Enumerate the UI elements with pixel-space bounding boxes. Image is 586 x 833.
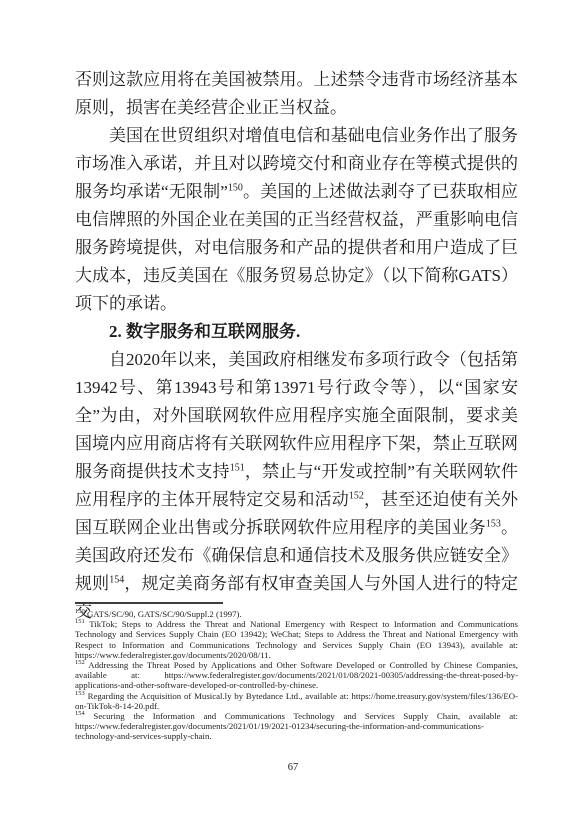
footnote-separator (75, 602, 223, 604)
footnote-number: 151 (75, 618, 85, 625)
footnote-item: 154 Securing the Information and Communi… (75, 711, 518, 742)
footnote-ref: 150 (228, 182, 243, 193)
footnote-text: TikTok; Steps to Address the Threat and … (75, 619, 518, 660)
footnote-item: 152 Addressing the Threat Posed by Appli… (75, 660, 518, 691)
paragraph-telecom-commitments: 美国在世贸组织对增值电信和基础电信业务作出了服务市场准入承诺，并且对以跨境交付和… (75, 122, 518, 318)
section-heading-digital-services: 2. 数字服务和互联网服务. (75, 318, 518, 346)
footnote-item: 153 Regarding the Acquisition of Musical… (75, 691, 518, 711)
footnote-number: 153 (75, 690, 85, 697)
body-text: 否则这款应用将在美国被禁用。上述禁令违背市场经济基本原则，损害在美经营企业正当权… (75, 66, 518, 626)
footnote-text: Addressing the Threat Posed by Applicati… (75, 660, 518, 690)
document-page: 否则这款应用将在美国被禁用。上述禁令违背市场经济基本原则，损害在美经营企业正当权… (0, 0, 586, 833)
paragraph-executive-orders: 自2020年以来，美国政府相继发布多项行政令（包括第13942号、第13943号… (75, 346, 518, 626)
footnote-number: 152 (75, 659, 85, 666)
footnote-ref: 152 (349, 490, 364, 501)
footnote-ref: 154 (109, 574, 124, 585)
paragraph-continuation: 否则这款应用将在美国被禁用。上述禁令违背市场经济基本原则，损害在美经营企业正当权… (75, 66, 518, 122)
footnote-item: 150 GATS/SC/90, GATS/SC/90/Suppl.2 (1997… (75, 609, 518, 619)
footnote-ref: 151 (230, 462, 245, 473)
footnote-text: GATS/SC/90, GATS/SC/90/Suppl.2 (1997). (87, 609, 242, 619)
footnote-ref: 153 (486, 518, 501, 529)
page-number: 67 (0, 762, 586, 773)
footnote-number: 150 (75, 608, 85, 615)
footnote-item: 151 TikTok; Steps to Address the Threat … (75, 619, 518, 660)
footnote-number: 154 (75, 710, 85, 717)
footnotes-section: 150 GATS/SC/90, GATS/SC/90/Suppl.2 (1997… (75, 602, 518, 742)
footnote-text: Regarding the Acquisition of Musical.ly … (75, 691, 518, 711)
footnote-text: Securing the Information and Communicati… (75, 711, 518, 741)
